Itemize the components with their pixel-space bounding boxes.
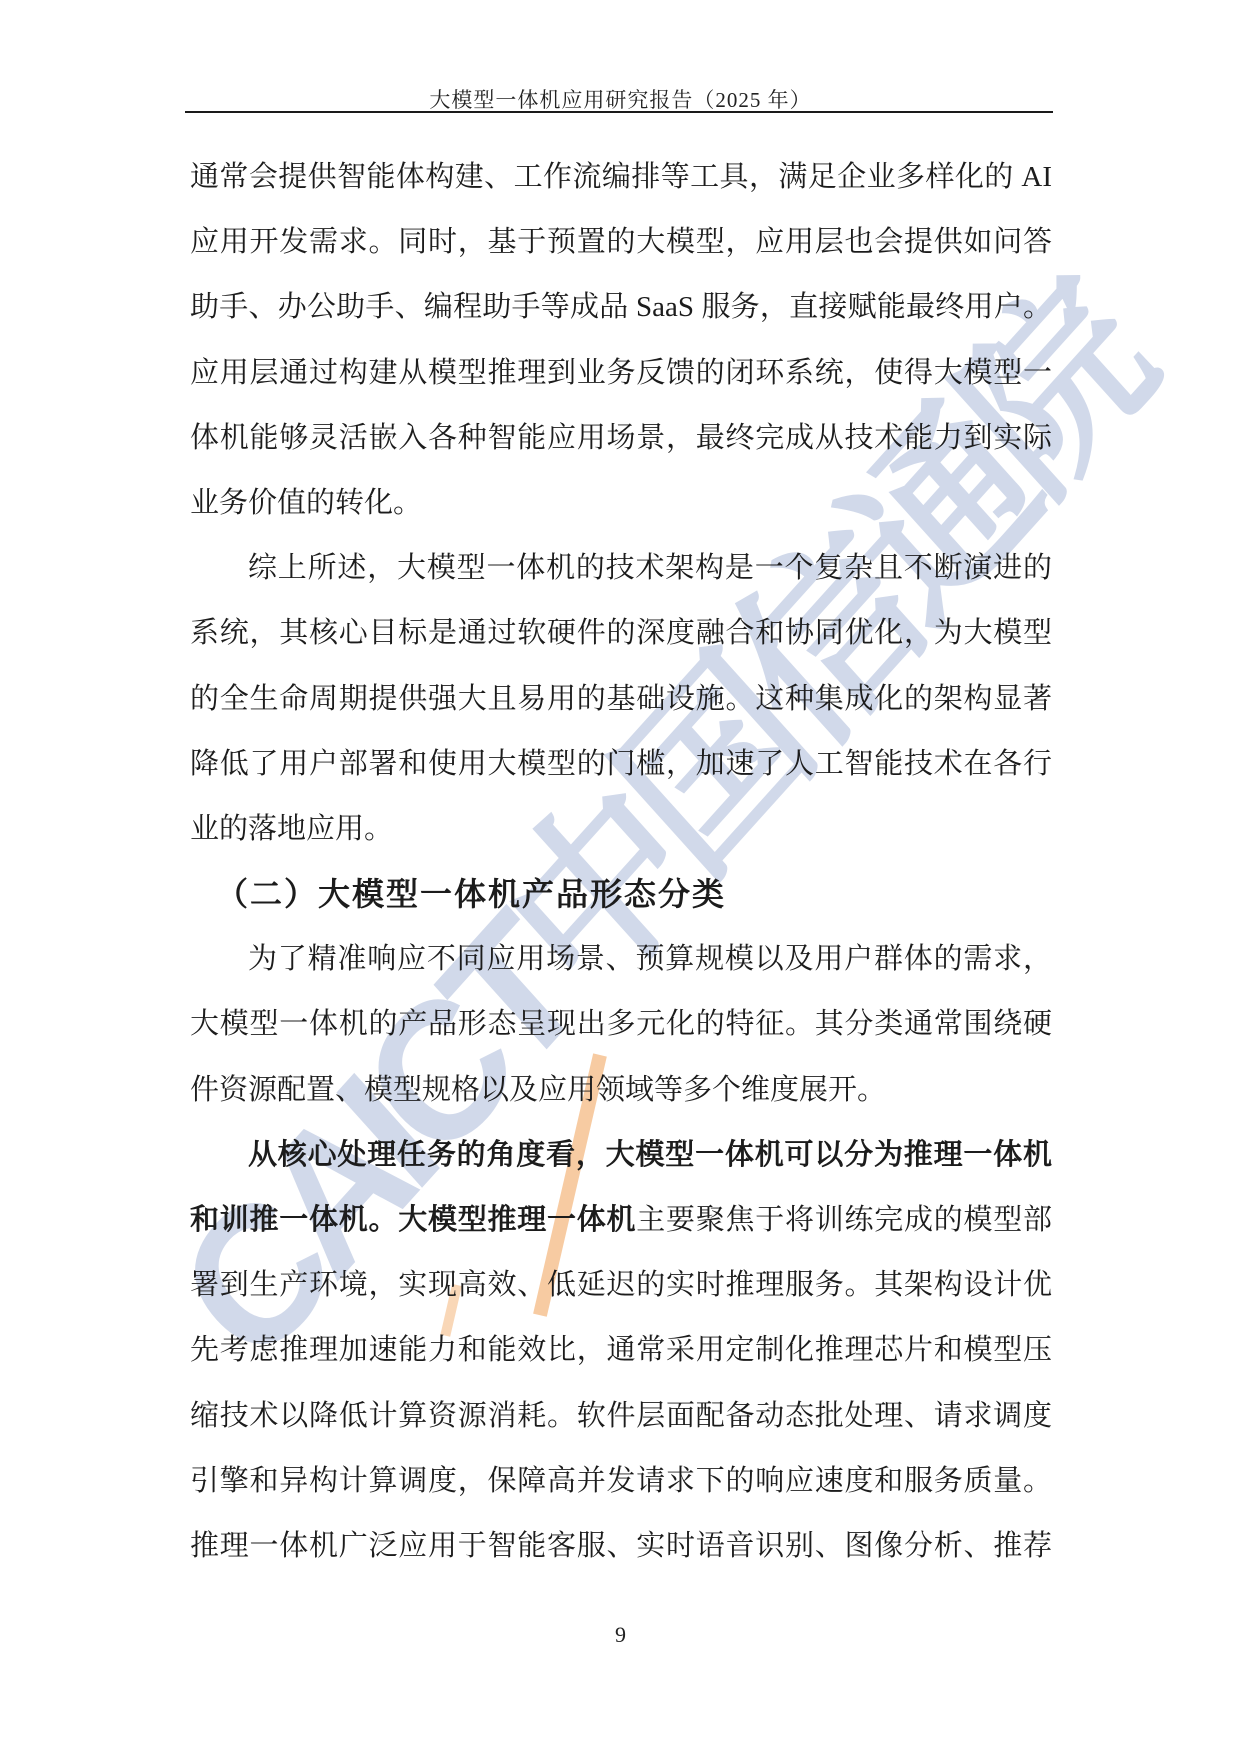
body-line: 署到生产环境，实现高效、低延迟的实时推理服务。其架构设计优	[190, 1253, 1052, 1318]
page-number: 9	[0, 1622, 1241, 1648]
bold-run: 从核心处理任务的角度看，大模型一体机可以分为推理一体机	[248, 1139, 1052, 1171]
body-line: 和训推一体机。大模型推理一体机主要聚焦于将训练完成的模型部	[190, 1188, 1052, 1253]
body-line: 推理一体机广泛应用于智能客服、实时语音识别、图像分析、推荐	[190, 1514, 1052, 1579]
body-line: 通常会提供智能体构建、工作流编排等工具，满足企业多样化的 AI	[190, 145, 1052, 210]
body-line: 从核心处理任务的角度看，大模型一体机可以分为推理一体机	[190, 1123, 1052, 1188]
body-line: 降低了用户部署和使用大模型的门槛，加速了人工智能技术在各行	[190, 732, 1052, 797]
body-line: 引擎和异构计算调度，保障高并发请求下的响应速度和服务质量。	[190, 1449, 1052, 1514]
body-line: 先考虑推理加速能力和能效比，通常采用定制化推理芯片和模型压	[190, 1318, 1052, 1383]
section-heading: （二）大模型一体机产品形态分类	[190, 862, 1052, 927]
document-page: CAICT中国信通院 大模型一体机应用研究报告（2025 年） 通常会提供智能体…	[0, 0, 1241, 1754]
body-line: 业的落地应用。	[190, 797, 1052, 862]
body-line: 系统，其核心目标是通过软硬件的深度融合和协同优化，为大模型	[190, 601, 1052, 666]
body-line: 的全生命周期提供强大且易用的基础设施。这种集成化的架构显著	[190, 667, 1052, 732]
body-line: 件资源配置、模型规格以及应用领域等多个维度展开。	[190, 1058, 1052, 1123]
body-line: 助手、办公助手、编程助手等成品 SaaS 服务，直接赋能最终用户。	[190, 275, 1052, 340]
body-line: 应用开发需求。同时，基于预置的大模型，应用层也会提供如问答	[190, 210, 1052, 275]
body-line: 大模型一体机的产品形态呈现出多元化的特征。其分类通常围绕硬	[190, 992, 1052, 1057]
bold-run: 和训推一体机。大模型推理一体机	[190, 1204, 636, 1236]
report-header-title: 大模型一体机应用研究报告（2025 年）	[0, 84, 1241, 114]
text-run: 主要聚焦于将训练完成的模型部	[636, 1204, 1052, 1236]
body-line: 体机能够灵活嵌入各种智能应用场景，最终完成从技术能力到实际	[190, 406, 1052, 471]
body-line: 应用层通过构建从模型推理到业务反馈的闭环系统，使得大模型一	[190, 341, 1052, 406]
body-line: 业务价值的转化。	[190, 471, 1052, 536]
body-line: 缩技术以降低计算资源消耗。软件层面配备动态批处理、请求调度	[190, 1384, 1052, 1449]
header-rule	[185, 111, 1053, 113]
body-line: 为了精准响应不同应用场景、预算规模以及用户群体的需求，	[190, 927, 1052, 992]
body-line: 综上所述，大模型一体机的技术架构是一个复杂且不断演进的	[190, 536, 1052, 601]
page-body: 通常会提供智能体构建、工作流编排等工具，满足企业多样化的 AI 应用开发需求。同…	[190, 145, 1052, 1579]
